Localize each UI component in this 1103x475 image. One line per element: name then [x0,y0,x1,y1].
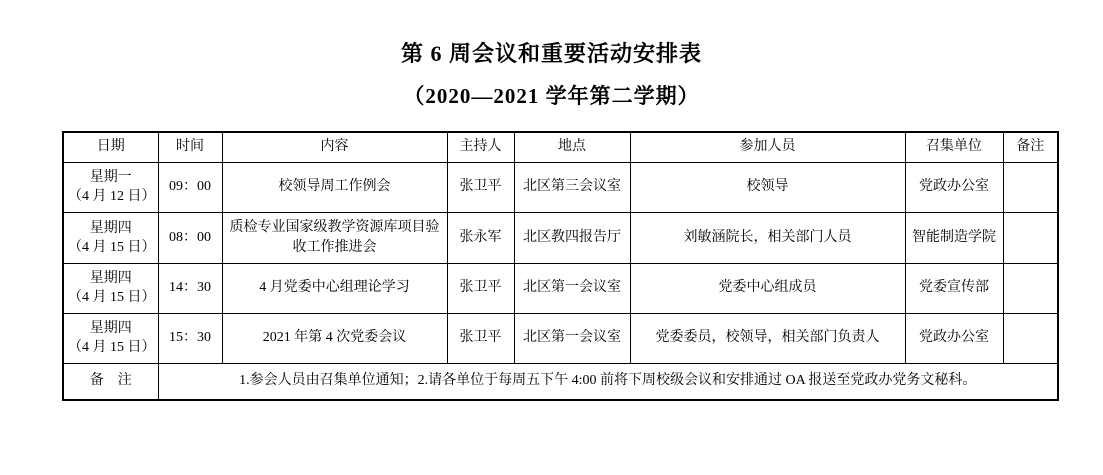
participants-cell: 党委委员，校领导，相关部门负责人 [630,313,905,363]
location-cell: 北区教四报告厅 [514,212,630,263]
schedule-table: 日期 时间 内容 主持人 地点 参加人员 召集单位 备注 星期一 （4 月 12… [62,131,1059,401]
time-cell: 09：00 [158,162,222,212]
content-cell: 质检专业国家级教学资源库项目验收工作推进会 [222,212,447,263]
participants-cell: 刘敏涵院长，相关部门人员 [630,212,905,263]
organizer-cell: 智能制造学院 [905,212,1003,263]
header-cell-date: 日期 [63,132,158,162]
host-cell: 张永军 [447,212,514,263]
time-cell: 15：30 [158,313,222,363]
date-weekday: 星期四 [68,219,154,238]
date-weekday: 星期四 [68,319,154,338]
remark-cell [1003,313,1058,363]
location-cell: 北区第一会议室 [514,313,630,363]
page-title: 第 6 周会议和重要活动安排表 [0,40,1103,68]
date-day: （4 月 12 日） [68,187,154,206]
header-cell-content: 内容 [222,132,447,162]
header-cell-organizer: 召集单位 [905,132,1003,162]
date-cell: 星期四 （4 月 15 日） [63,263,158,313]
organizer-cell: 党委宣传部 [905,263,1003,313]
table-row: 星期四 （4 月 15 日） 08：00 质检专业国家级教学资源库项目验收工作推… [63,212,1058,263]
table-row: 星期一 （4 月 12 日） 09：00 校领导周工作例会 张卫平 北区第三会议… [63,162,1058,212]
location-cell: 北区第一会议室 [514,263,630,313]
table-header-row: 日期 时间 内容 主持人 地点 参加人员 召集单位 备注 [63,132,1058,162]
date-day: （4 月 15 日） [68,238,154,257]
organizer-cell: 党政办公室 [905,162,1003,212]
header-cell-host: 主持人 [447,132,514,162]
location-cell: 北区第三会议室 [514,162,630,212]
date-weekday: 星期四 [68,269,154,288]
header-cell-remark: 备注 [1003,132,1058,162]
header-cell-time: 时间 [158,132,222,162]
host-cell: 张卫平 [447,162,514,212]
participants-cell: 校领导 [630,162,905,212]
participants-cell: 党委中心组成员 [630,263,905,313]
content-cell: 4 月党委中心组理论学习 [222,263,447,313]
date-cell: 星期一 （4 月 12 日） [63,162,158,212]
content-cell: 2021 年第 4 次党委会议 [222,313,447,363]
document-page: 第 6 周会议和重要活动安排表 （2020—2021 学年第二学期） 日期 时间… [0,0,1103,401]
header-cell-participants: 参加人员 [630,132,905,162]
date-cell: 星期四 （4 月 15 日） [63,313,158,363]
table-row: 星期四 （4 月 15 日） 15：30 2021 年第 4 次党委会议 张卫平… [63,313,1058,363]
date-cell: 星期四 （4 月 15 日） [63,212,158,263]
page-subtitle: （2020—2021 学年第二学期） [0,82,1103,110]
time-cell: 08：00 [158,212,222,263]
table-row: 星期四 （4 月 15 日） 14：30 4 月党委中心组理论学习 张卫平 北区… [63,263,1058,313]
remarks-label-cell: 备 注 [63,363,158,400]
date-day: （4 月 15 日） [68,288,154,307]
organizer-cell: 党政办公室 [905,313,1003,363]
date-weekday: 星期一 [68,168,154,187]
host-cell: 张卫平 [447,313,514,363]
date-day: （4 月 15 日） [68,338,154,357]
time-cell: 14：30 [158,263,222,313]
remark-cell [1003,263,1058,313]
remark-cell [1003,162,1058,212]
content-cell: 校领导周工作例会 [222,162,447,212]
header-cell-location: 地点 [514,132,630,162]
remark-cell [1003,212,1058,263]
remarks-note-cell: 1.参会人员由召集单位通知；2.请各单位于每周五下午 4:00 前将下周校级会议… [158,363,1058,400]
host-cell: 张卫平 [447,263,514,313]
remarks-footer-row: 备 注 1.参会人员由召集单位通知；2.请各单位于每周五下午 4:00 前将下周… [63,363,1058,400]
